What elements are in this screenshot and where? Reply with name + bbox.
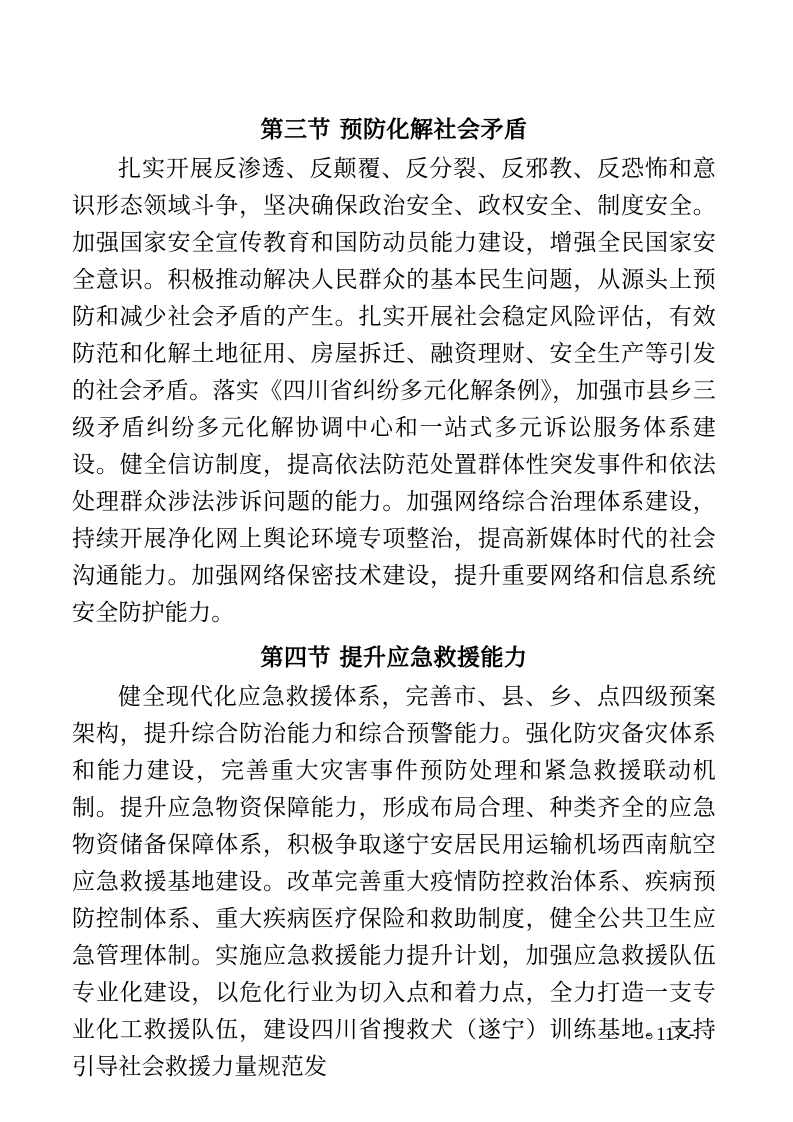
page-content: 第三节 预防化解社会矛盾 扎实开展反渗透、反颠覆、反分裂、反邪教、反恐怖和意识形… — [72, 112, 716, 1086]
document-page: 第三节 预防化解社会矛盾 扎实开展反渗透、反颠覆、反分裂、反邪教、反恐怖和意识形… — [0, 0, 793, 1122]
page-number: - 117 - — [645, 1024, 695, 1046]
section-heading-4: 第四节 提升应急救援能力 — [72, 640, 716, 677]
section-3-paragraph: 扎实开展反渗透、反颠覆、反分裂、反邪教、反恐怖和意识形态领域斗争，坚决确保政治安… — [72, 151, 716, 632]
section-heading-3: 第三节 预防化解社会矛盾 — [72, 112, 716, 149]
section-4-paragraph: 健全现代化应急救援体系，完善市、县、乡、点四级预案架构，提升综合防治能力和综合预… — [72, 679, 716, 1086]
